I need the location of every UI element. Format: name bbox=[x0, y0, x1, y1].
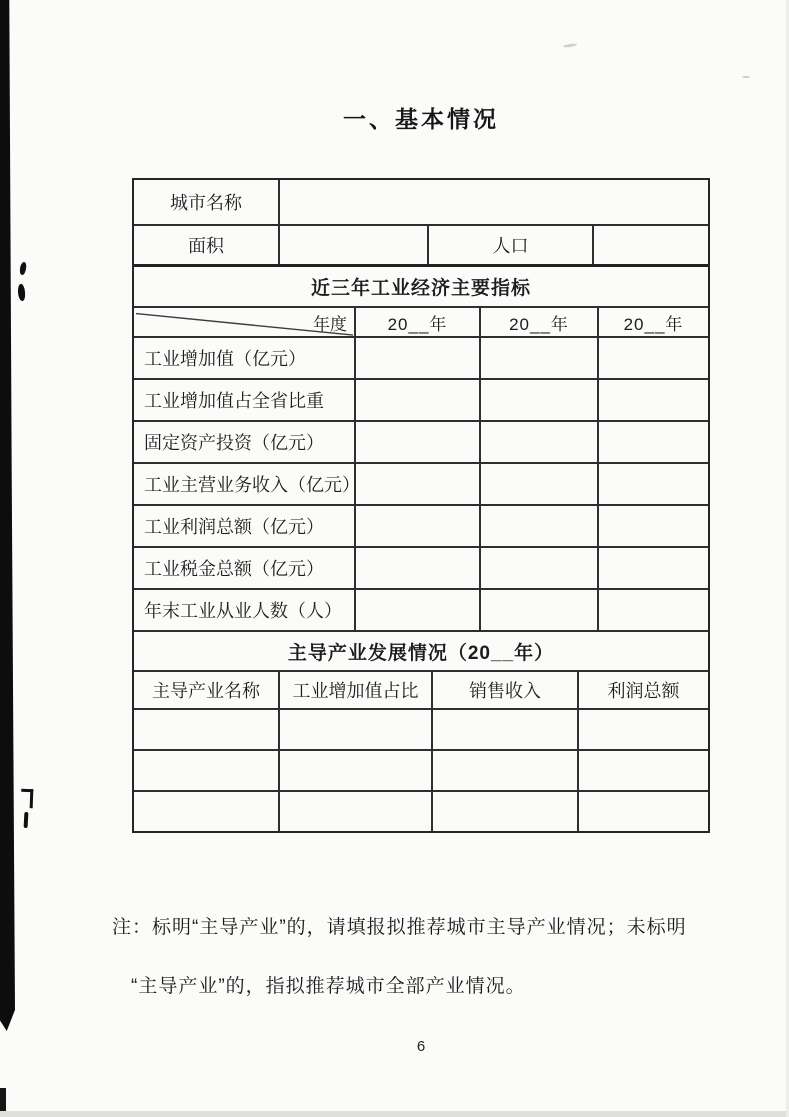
indicator-value-cell bbox=[597, 338, 708, 378]
year-column-header: 20__年 bbox=[479, 308, 597, 336]
ink-mark bbox=[21, 789, 34, 808]
leading-industry-cell bbox=[278, 710, 431, 749]
population-label: 人口 bbox=[427, 226, 592, 264]
year-header-row: 年度 20__年 20__年 20__年 bbox=[134, 306, 708, 336]
indicator-value-cell bbox=[354, 590, 479, 630]
indicator-row: 工业增加值占全省比重 bbox=[134, 378, 708, 420]
leading-industry-cell bbox=[577, 710, 708, 749]
scan-edge-strip bbox=[0, 0, 15, 1052]
scan-speck bbox=[742, 76, 750, 78]
page-number: 6 bbox=[132, 1038, 710, 1055]
indicator-label: 工业增加值占全省比重 bbox=[134, 380, 354, 420]
area-population-row: 面积 人口 bbox=[134, 224, 708, 264]
leading-industry-section-title: 主导产业发展情况（20__年） bbox=[134, 632, 708, 670]
basic-info-table: 城市名称 面积 人口 近三年工业经济主要指标 年度 20__年 20__年 20… bbox=[132, 178, 710, 833]
ink-mark bbox=[19, 261, 28, 275]
indicator-value-cell bbox=[354, 506, 479, 546]
leading-industry-row bbox=[134, 708, 708, 749]
indicator-value-cell bbox=[479, 338, 597, 378]
leading-industry-header: 主导产业名称 bbox=[134, 672, 278, 708]
indicator-value-cell bbox=[479, 422, 597, 462]
ink-mark bbox=[17, 284, 25, 301]
leading-industry-cell bbox=[134, 751, 278, 790]
city-name-value-cell bbox=[278, 180, 708, 224]
indicator-value-cell bbox=[597, 506, 708, 546]
year-axis-cell: 年度 bbox=[134, 308, 354, 336]
scan-speck bbox=[563, 43, 577, 48]
indicator-value-cell bbox=[354, 338, 479, 378]
ink-mark bbox=[24, 812, 29, 828]
indicator-value-cell bbox=[597, 548, 708, 588]
indicator-value-cell bbox=[597, 590, 708, 630]
indicator-row: 工业主营业务收入（亿元） bbox=[134, 462, 708, 504]
indicator-label: 工业增加值（亿元） bbox=[134, 338, 354, 378]
indicator-value-cell bbox=[354, 422, 479, 462]
indicator-value-cell bbox=[479, 464, 597, 504]
leading-industry-cell bbox=[577, 751, 708, 790]
indicator-row: 工业税金总额（亿元） bbox=[134, 546, 708, 588]
indicator-value-cell bbox=[354, 548, 479, 588]
leading-industry-header: 工业增加值占比 bbox=[278, 672, 431, 708]
leading-industry-cell bbox=[431, 751, 577, 790]
page-title: 一、基本情况 bbox=[132, 101, 710, 134]
leading-industry-cell bbox=[278, 792, 431, 831]
indicator-label: 年末工业从业人数（人） bbox=[134, 590, 354, 630]
indicator-value-cell bbox=[479, 590, 597, 630]
city-name-label: 城市名称 bbox=[134, 180, 278, 224]
note-text: 注：标明“主导产业”的，请填报拟推荐城市主导产业情况；未标明 “主导产业”的，指… bbox=[112, 913, 722, 1002]
indicator-value-cell bbox=[597, 464, 708, 504]
indicator-value-cell bbox=[479, 380, 597, 420]
leading-industry-header-row: 主导产业名称 工业增加值占比 销售收入 利润总额 bbox=[134, 670, 708, 708]
population-value-cell bbox=[592, 226, 708, 264]
leading-industry-cell bbox=[431, 792, 577, 831]
note-line-1: 注：标明“主导产业”的，请填报拟推荐城市主导产业情况；未标明 bbox=[112, 913, 722, 943]
indicator-value-cell bbox=[597, 422, 708, 462]
indicator-label: 工业税金总额（亿元） bbox=[134, 548, 354, 588]
leading-industry-cell bbox=[278, 751, 431, 790]
year-column-header: 20__年 bbox=[354, 308, 479, 336]
indicator-value-cell bbox=[479, 506, 597, 546]
page-bottom-edge bbox=[0, 1111, 789, 1117]
indicator-row: 年末工业从业人数（人） bbox=[134, 588, 708, 630]
indicators-section-title-row: 近三年工业经济主要指标 bbox=[134, 264, 708, 306]
leading-industry-cell bbox=[431, 710, 577, 749]
indicator-row: 工业增加值（亿元） bbox=[134, 336, 708, 378]
leading-industry-title-row: 主导产业发展情况（20__年） bbox=[134, 630, 708, 670]
year-axis-label: 年度 bbox=[313, 308, 347, 336]
area-label: 面积 bbox=[134, 226, 278, 264]
leading-industry-row bbox=[134, 749, 708, 790]
leading-industry-header: 利润总额 bbox=[577, 672, 708, 708]
year-column-header: 20__年 bbox=[597, 308, 708, 336]
indicator-value-cell bbox=[479, 548, 597, 588]
indicator-label: 工业利润总额（亿元） bbox=[134, 506, 354, 546]
leading-industry-header: 销售收入 bbox=[431, 672, 577, 708]
leading-industry-cell bbox=[577, 792, 708, 831]
indicator-row: 工业利润总额（亿元） bbox=[134, 504, 708, 546]
area-value-cell bbox=[278, 226, 427, 264]
indicator-value-cell bbox=[597, 380, 708, 420]
leading-industry-row bbox=[134, 790, 708, 831]
leading-industry-cell bbox=[134, 710, 278, 749]
indicator-label: 固定资产投资（亿元） bbox=[134, 422, 354, 462]
city-name-row: 城市名称 bbox=[134, 180, 708, 224]
indicator-value-cell bbox=[354, 380, 479, 420]
indicator-row: 固定资产投资（亿元） bbox=[134, 420, 708, 462]
indicator-label: 工业主营业务收入（亿元） bbox=[134, 464, 354, 504]
note-line-2: “主导产业”的，指拟推荐城市全部产业情况。 bbox=[131, 972, 722, 1002]
indicator-value-cell bbox=[354, 464, 479, 504]
indicators-section-title: 近三年工业经济主要指标 bbox=[134, 267, 708, 306]
leading-industry-cell bbox=[134, 792, 278, 831]
